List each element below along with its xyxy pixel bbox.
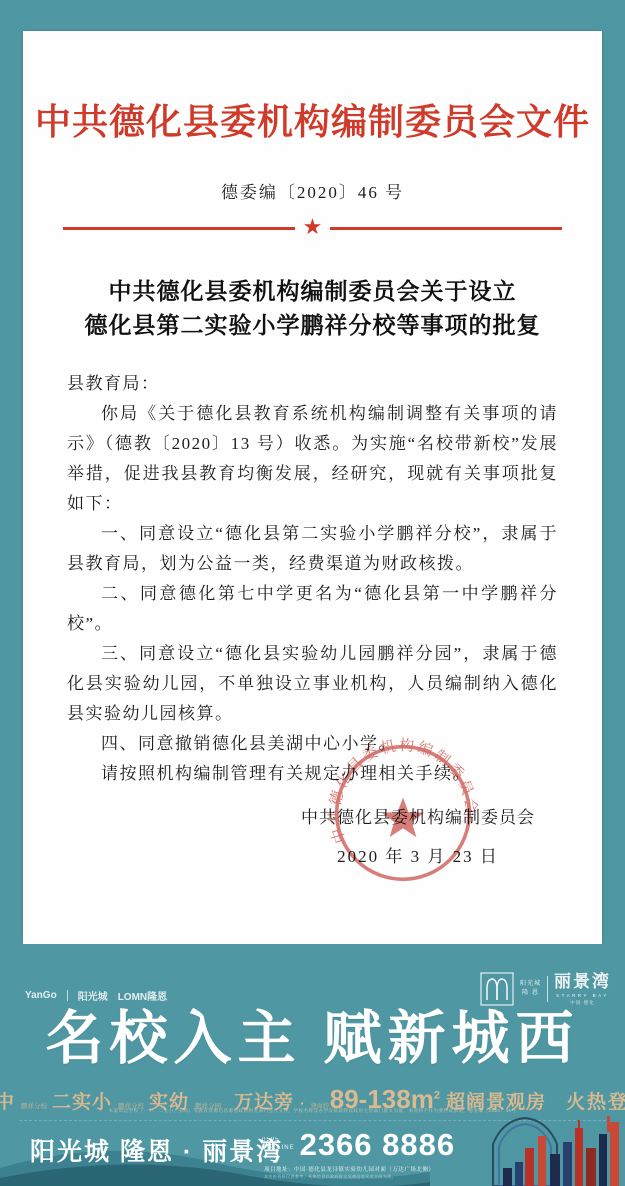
paragraph-item-1: 一、同意设立“德化县第二实验小学鹏祥分校”，隶属于县教育局，划为公益一类，经费渠… <box>67 519 558 579</box>
official-document-page: 中共德化县委机构编制委员会文件 德委编〔2020〕46 号 ★ 中共德化县委机构… <box>23 31 602 944</box>
salutation: 县教育局： <box>67 369 558 399</box>
paragraph-item-4: 四、同意撤销德化县美湖中心小学。 <box>67 729 558 759</box>
logo-divider <box>547 976 548 1002</box>
signature-issuer: 中共德化县委机构编制委员会 <box>273 803 563 828</box>
ad-banner: YanGo 阳光城 LOMN隆恩 阳光城 隆 恩 丽景湾 STARRY BAY … <box>0 944 625 1186</box>
tag-yizhong: 一中 <box>0 1087 15 1114</box>
project-name: 丽景湾 <box>554 973 611 990</box>
project-region: 中国·德化 <box>554 1000 611 1006</box>
footer-fineprint: 本宣传资料仅供参考，具体信息以政府批文及商品房买卖合同为准。 <box>264 1174 396 1180</box>
logo-divider <box>67 990 68 1001</box>
phone-number: 2366 8886 <box>300 1127 456 1163</box>
phone-label: VIP LINE <box>262 1145 295 1153</box>
project-name-en: STARRY BAY <box>554 993 611 998</box>
developer-logos: YanGo 阳光城 LOMN隆恩 <box>25 988 167 1003</box>
arch-icon <box>480 972 514 1006</box>
footer-address: 项目地址：中国·德化县龙浔镇实验幼儿园对面（万达广场北侧） <box>264 1165 434 1173</box>
project-logo-brand-line1: 阳光城 <box>520 980 541 989</box>
project-logo-brand-line2: 隆 恩 <box>520 989 541 998</box>
phone-area-code: 0595 <box>262 1137 295 1145</box>
document-title-line1: 中共德化县委机构编制委员会关于设立 <box>53 275 572 309</box>
project-logo: 阳光城 隆 恩 丽景湾 STARRY BAY 中国·德化 <box>480 972 611 1006</box>
document-title: 中共德化县委机构编制委员会关于设立 德化县第二实验小学鹏祥分校等事项的批复 <box>53 275 572 343</box>
star-icon: ★ <box>303 216 323 238</box>
document-title-line2: 德化县第二实验小学鹏祥分校等事项的批复 <box>53 309 572 343</box>
signature-block: 中共德化县委机构编制委员会 2020 年 3 月 23 日 <box>273 803 563 867</box>
document-body: 县教育局： 你局《关于德化县教育系统机构编制调整有关事项的请示》（德教〔2020… <box>23 369 602 789</box>
lomn-logo: LOMN隆恩 <box>118 988 167 1003</box>
paragraph-item-3: 三、同意设立“德化县实验幼儿园鹏祥分园”，隶属于德化县实验幼儿园，不单独设立事业… <box>67 639 558 729</box>
red-divider-line-left <box>63 227 295 230</box>
red-divider-line-right <box>330 227 562 230</box>
project-logo-name-group: 丽景湾 STARRY BAY 中国·德化 <box>554 973 611 1006</box>
ad-headline: 名校入主 赋新城西 <box>0 1010 625 1068</box>
ad-disclaimer: 本案周边学校（一中、二实小、实幼）等教育资源信息源自政府相关部门公开文件，学校名… <box>25 1108 600 1114</box>
signature-date: 2020 年 3 月 23 日 <box>273 842 563 867</box>
paragraph-item-2: 二、同意德化第七中学更名为“德化县第一中学鹏祥分校”。 <box>67 579 558 639</box>
phone-prefix: 0595 VIP LINE <box>262 1137 295 1153</box>
project-logo-brand: 阳光城 隆 恩 <box>520 980 541 998</box>
yango-logo: YanGo <box>25 990 57 1001</box>
red-divider: ★ <box>63 217 562 239</box>
paragraph-intro: 你局《关于德化县教育系统机构编制调整有关事项的请示》（德教〔2020〕13 号）… <box>67 399 558 519</box>
footer-project-brand: 阳光城 隆恩 · 丽景湾 <box>30 1132 283 1168</box>
document-header-title: 中共德化县委机构编制委员会文件 <box>23 101 602 144</box>
paragraph-closing: 请按照机构编制管理有关规定办理相关手续。 <box>67 759 558 789</box>
yango-logo-cn: 阳光城 <box>78 988 108 1003</box>
poster-canvas: 中共德化县委机构编制委员会文件 德委编〔2020〕46 号 ★ 中共德化县委机构… <box>0 0 625 1186</box>
footer-phone-block: 0595 VIP LINE 2366 8886 <box>262 1127 455 1163</box>
document-number: 德委编〔2020〕46 号 <box>23 178 602 203</box>
usp-area-sup: 2 <box>434 1089 440 1101</box>
